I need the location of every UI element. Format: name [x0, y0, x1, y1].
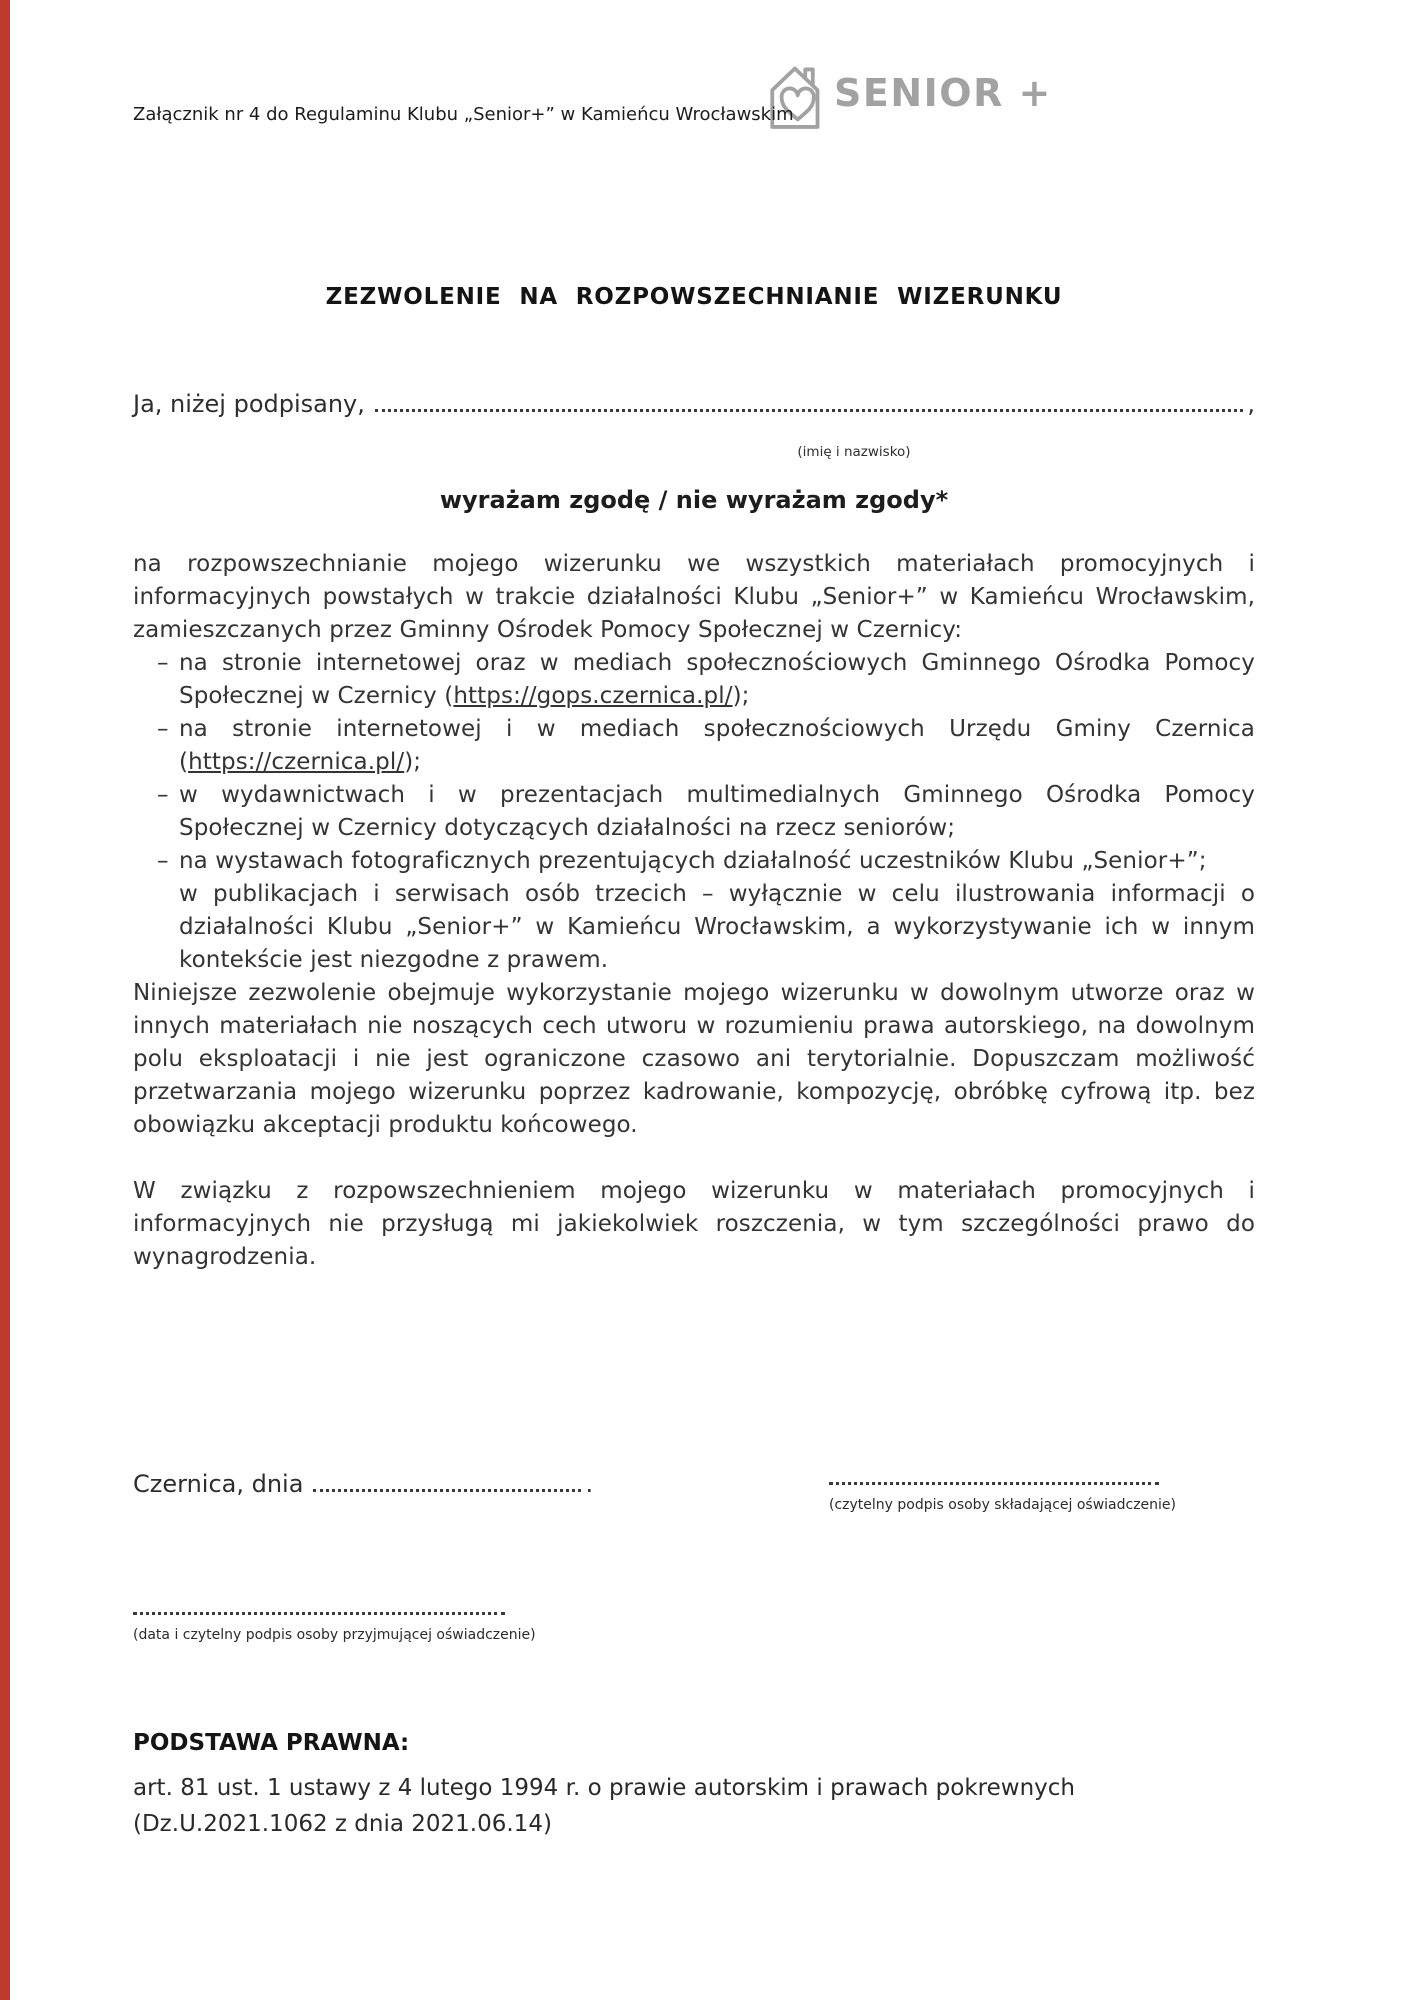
submitter-signature-field: (czytelny podpis osoby składającej oświa… [829, 1470, 1159, 1513]
list-item-text: w publikacjach i serwisach osób trzecich… [179, 881, 1255, 973]
submitter-signature-caption: (czytelny podpis osoby składającej oświa… [829, 1497, 1159, 1513]
declarant-intro-label: Ja, niżej podpisany, [133, 390, 365, 418]
list-item-text: w wydawnictwach i w prezentacjach multim… [179, 782, 1255, 841]
legal-basis-section: PODSTAWA PRAWNA: art. 81 ust. 1 ustawy z… [133, 1730, 1255, 1842]
date-fill-line [313, 1489, 581, 1492]
name-field-caption: (imię i nazwisko) [133, 444, 1255, 460]
list-item-text: na wystawach fotograficznych prezentując… [179, 848, 1207, 874]
legal-basis-line1: art. 81 ust. 1 ustawy z 4 lutego 1994 r.… [133, 1770, 1255, 1806]
dash-marker: – [157, 845, 169, 878]
czernica-url-link[interactable]: https://czernica.pl/ [188, 749, 404, 775]
place-date-period: . [585, 1470, 593, 1498]
intro-trailing-comma: , [1247, 390, 1255, 418]
scope-intro-paragraph: na rozpowszechnianie mojego wizerunku we… [133, 548, 1255, 647]
page-title: ZEZWOLENIE NA ROZPOWSZECHNIANIE WIZERUNK… [133, 284, 1255, 310]
declarant-name-row: Ja, niżej podpisany, , [133, 390, 1255, 418]
document-body: Załącznik nr 4 do Regulaminu Klubu „Seni… [133, 0, 1255, 2000]
legal-basis-heading: PODSTAWA PRAWNA: [133, 1730, 1255, 1756]
dash-marker: – [157, 647, 169, 680]
receiver-signature-field: (data i czytelny podpis osoby przyjmując… [133, 1600, 513, 1643]
list-item-text: ); [733, 683, 750, 709]
legal-basis-line2: (Dz.U.2021.1062 z dnia 2021.06.14) [133, 1806, 1255, 1842]
gops-czernica-url-link[interactable]: https://gops.czernica.pl/ [453, 683, 732, 709]
submitter-signature-line [829, 1475, 1159, 1485]
place-date-row: Czernica, dnia . [133, 1470, 593, 1498]
signature-section: Czernica, dnia . (czytelny podpis osoby … [133, 1470, 1255, 1513]
list-item: –na stronie internetowej oraz w mediach … [133, 647, 1255, 713]
list-item: –na stronie internetowej i w mediach spo… [133, 713, 1255, 779]
list-item: –w wydawnictwach i w prezentacjach multi… [133, 779, 1255, 845]
receiver-signature-caption: (data i czytelny podpis osoby przyjmując… [133, 1627, 513, 1643]
receiver-signature-line [133, 1605, 505, 1615]
scan-edge-stripe [0, 0, 10, 2000]
distribution-channels-list: –na stronie internetowej oraz w mediach … [133, 647, 1255, 977]
attachment-note: Załącznik nr 4 do Regulaminu Klubu „Seni… [133, 104, 1255, 125]
claims-paragraph: W związku z rozpowszechnieniem mojego wi… [133, 1175, 1255, 1274]
scanned-document-page: { "scan": { "edge_stripe_color": "#bf3a2… [0, 0, 1414, 2000]
consent-choice-line: wyrażam zgodę / nie wyrażam zgody* [133, 486, 1255, 514]
dash-marker: – [157, 779, 169, 812]
place-date-label: Czernica, dnia [133, 1470, 303, 1498]
name-fill-line [375, 409, 1243, 412]
list-item-text: ); [404, 749, 421, 775]
usage-paragraph: Niniejsze zezwolenie obejmuje wykorzysta… [133, 977, 1255, 1142]
consent-terms-text: na rozpowszechnianie mojego wizerunku we… [133, 548, 1255, 1274]
list-item: w publikacjach i serwisach osób trzecich… [133, 878, 1255, 977]
dash-marker: – [157, 713, 169, 746]
list-item: –na wystawach fotograficznych prezentują… [133, 845, 1255, 878]
